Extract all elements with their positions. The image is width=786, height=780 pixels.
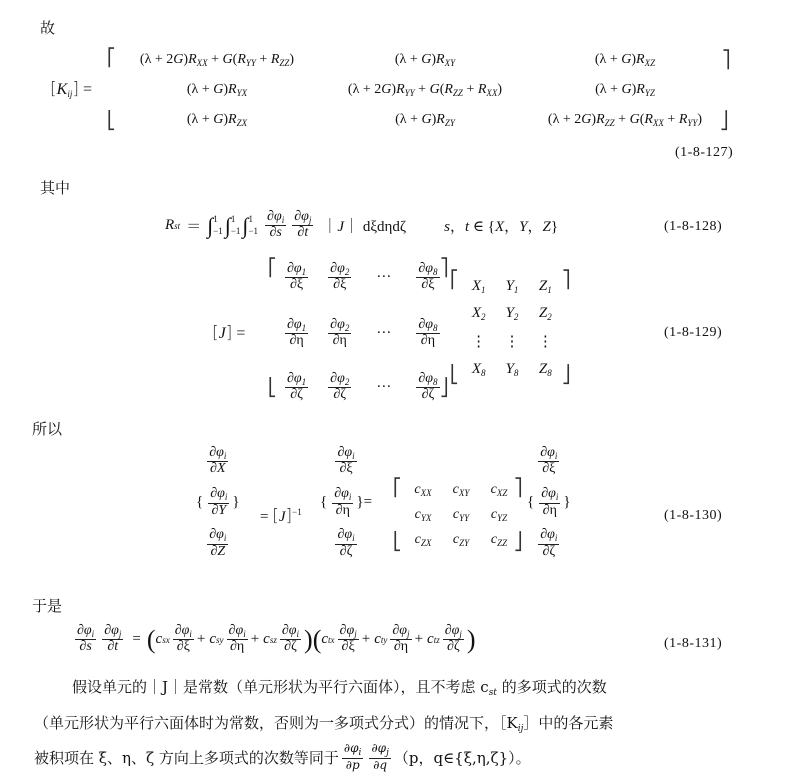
integral-limits: 1−1 (231, 214, 241, 237)
k-22: (λ + 2G)RYY + G(RZZ + RXX) (320, 82, 530, 98)
fraction-dphi-i-ds: ∂φi∂s (265, 210, 286, 241)
equation-number: (1-8-131) (664, 636, 722, 652)
paragraph-line-1: 假设单元的｜J｜是常数（单元形状为平行六面体），且不考虑 cst 的多项式的次数 (72, 676, 607, 698)
k-32: (λ + G)RZY (340, 112, 510, 128)
bracket-right: ] (72, 79, 79, 99)
label-suoyi: 所以 (32, 418, 62, 439)
matrix-bracket-bottom-right: ⎦ (720, 111, 729, 131)
label-yushi: 于是 (32, 595, 62, 616)
bracket-top-left: ⎡ (268, 258, 277, 278)
k-33: (λ + 2G)RZZ + G(RXX + RYY) (530, 112, 720, 128)
coord-bracket-top-right: ⎤ (562, 270, 571, 290)
k-11: (λ + 2G)RXX + G(RYY + RZZ) (117, 52, 317, 68)
k-12: (λ + G)RXY (340, 52, 510, 68)
paragraph-line-2: （单元形状为平行六面体时为常数，否则为一多项式分式）的情况下，［Kij］中的各元… (34, 712, 613, 734)
k-21: (λ + G)RYX (117, 82, 317, 98)
k-13: (λ + G)RXZ (545, 52, 705, 68)
jacobian-row-zeta: ∂φ1∂ζ ∂φ2∂ζ ··· ∂φ8∂ζ (282, 372, 443, 403)
k-23: (λ + G)RYZ (545, 82, 705, 98)
r-symbol: R (165, 217, 174, 234)
c-bracket-bottom-left: ⎣ (393, 532, 402, 552)
coord-bracket-bottom-left: ⎣ (450, 365, 459, 385)
equation-1-8-128: Rst ＝ ∫1−1 ∫1−1 ∫1−1 ∂φi∂s ∂φj∂t ｜J｜ dξd… (165, 210, 558, 241)
bracket-bottom-left: ⎣ (268, 378, 277, 398)
coord-bracket-bottom-right: ⎦ (562, 365, 571, 385)
matrix-bracket-top-right: ⎤ (722, 50, 731, 70)
index-domain: s，t ∈ {X，Y，Z} (444, 215, 558, 236)
subscript: st (174, 221, 180, 231)
k-31: (λ + G)RZX (117, 112, 317, 128)
c-bracket-top-left: ⎡ (393, 478, 402, 498)
fraction-dphi-j-dt: ∂φj∂t (292, 210, 313, 241)
natural-derivative-vector: ∂φi∂ξ {∂φi∂η}= ∂φi∂ζ (320, 446, 372, 559)
jacobian-lhs: [J] = (212, 323, 245, 343)
node-coordinate-matrix: X1Y1Z1 X2Y2Z2 ⋮⋮⋮ X8Y8Z8 (462, 278, 562, 378)
paragraph-line-3: 被积项在 ξ、η、ζ 方向上多项式的次数等同于 ∂φi∂p ∂φj∂q （p，q… (34, 742, 531, 772)
matrix-bracket-top-left: ⎡ (107, 48, 116, 68)
equation-1-8-131: ∂φi∂s ∂φj∂t = ( csx∂φi∂ξ + csy∂φi∂η + cs… (72, 624, 476, 655)
c-matrix: cXXcXYcXZ cYXcYYcYZ cZXcZYcZZ (404, 482, 518, 548)
integral-limits: 1−1 (248, 214, 258, 237)
inverse-jacobian: = [J]−1 (260, 506, 302, 526)
jacobian-row-eta: ∂φ1∂η ∂φ2∂η ··· ∂φ8∂η (282, 318, 443, 349)
bracket-left: [ (50, 79, 57, 99)
equation-number: (1-8-127) (675, 145, 733, 161)
jacobian-row-xi: ∂φ1∂ξ ∂φ2∂ξ ··· ∂φ8∂ξ (282, 262, 443, 293)
stiffness-matrix-lhs: [Kij] = (50, 79, 92, 99)
equation-number: (1-8-128) (664, 219, 722, 235)
natural-derivative-vector-2: ∂φi∂ξ {∂φi∂η} ∂φi∂ζ (527, 446, 571, 559)
matrix-bracket-bottom-left: ⎣ (107, 111, 116, 131)
coord-bracket-top-left: ⎡ (450, 270, 459, 290)
equals: ＝ (186, 215, 201, 236)
integral-limits: 1−1 (213, 214, 223, 237)
jacobian-det-and-differentials: ｜J｜ dξdηdζ (322, 215, 406, 236)
equation-number: (1-8-130) (664, 508, 722, 524)
label-gu: 故 (40, 17, 55, 38)
equation-number: (1-8-129) (664, 325, 722, 341)
label-qizhong: 其中 (40, 177, 70, 198)
global-derivative-vector: ∂φi∂X {∂φi∂Y} ∂φi∂Z (196, 446, 240, 559)
